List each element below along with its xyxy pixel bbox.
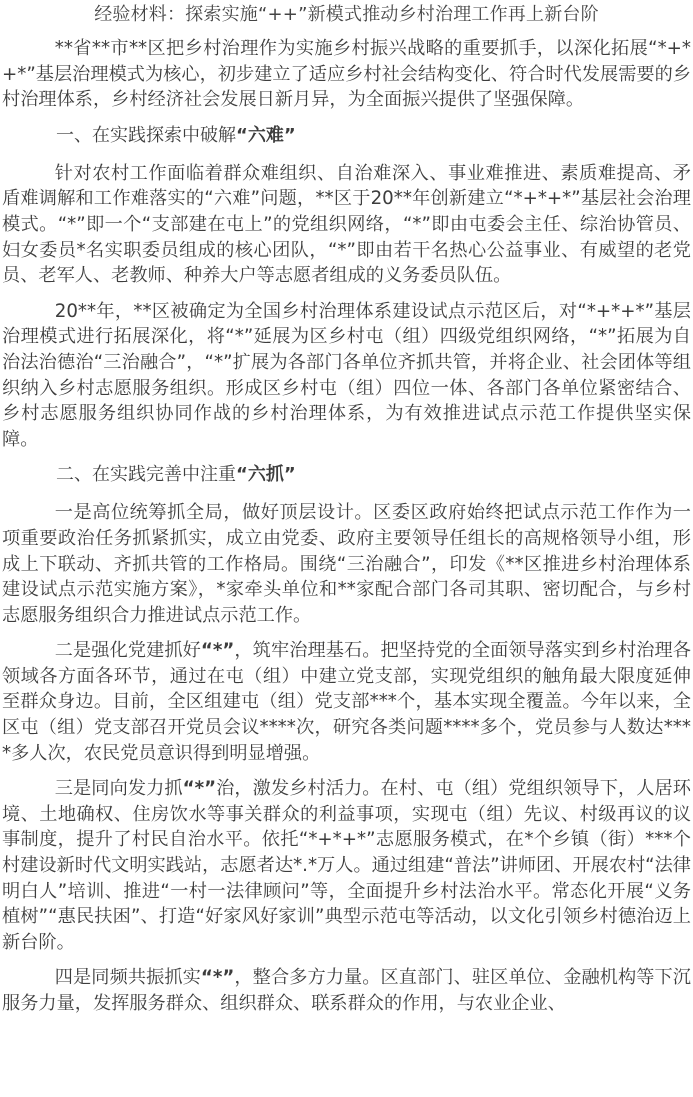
paragraph-3-quote: “*” bbox=[183, 778, 216, 799]
section-2-heading-quote: “六抓” bbox=[236, 464, 296, 485]
section-2-paragraph-4: 四是同频共振抓实“*”，整合多方力量。区直部门、驻区单位、金融机构等下沉服务力量… bbox=[2, 965, 691, 1016]
section-1-paragraph-1: 针对农村工作面临着群众难组织、自治难深入、事业难推进、素质难提高、矛盾难调解和工… bbox=[2, 161, 691, 289]
paragraph-4-prefix: 四是同频共振抓实 bbox=[55, 967, 201, 988]
paragraph-4-quote: “*” bbox=[201, 967, 234, 988]
document-title: 经验材料：探索实施“++”新模式推动乡村治理工作再上新台阶 bbox=[2, 2, 691, 28]
section-2-heading: 二、在实践完善中注重“六抓” bbox=[2, 462, 691, 488]
section-2-heading-text: 二、在实践完善中注重 bbox=[56, 464, 236, 485]
paragraph-3-body: 治，激发乡村活力。在村、屯（组）党组织领导下，人居环境、土地确权、住房饮水等事关… bbox=[2, 778, 691, 953]
section-1-heading-quote: “六难” bbox=[236, 125, 296, 146]
paragraph-2-prefix: 二是强化党建抓好 bbox=[55, 640, 201, 661]
section-1-paragraph-2: 20**年，**区被确定为全国乡村治理体系建设试点示范区后，对“*+*+*”基层… bbox=[2, 299, 691, 453]
section-2-paragraph-3: 三是同向发力抓“*”治，激发乡村活力。在村、屯（组）党组织领导下，人居环境、土地… bbox=[2, 776, 691, 955]
intro-paragraph: **省**市**区把乡村治理作为实施乡村振兴战略的重要抓手，以深化拓展“*+*+… bbox=[2, 36, 691, 113]
section-1-heading: 一、在实践探索中破解“六难” bbox=[2, 123, 691, 149]
section-2-paragraph-1: 一是高位统筹抓全局，做好顶层设计。区委区政府始终把试点示范工作作为一项重要政治任… bbox=[2, 500, 691, 628]
document: 经验材料：探索实施“++”新模式推动乡村治理工作再上新台阶 **省**市**区把… bbox=[0, 2, 693, 1017]
section-1-heading-text: 一、在实践探索中破解 bbox=[56, 125, 236, 146]
section-2-paragraph-2: 二是强化党建抓好“*”，筑牢治理基石。把坚持党的全面领导落实到乡村治理各领域各方… bbox=[2, 638, 691, 766]
paragraph-2-quote: “*” bbox=[201, 640, 234, 661]
paragraph-3-prefix: 三是同向发力抓 bbox=[55, 778, 183, 799]
